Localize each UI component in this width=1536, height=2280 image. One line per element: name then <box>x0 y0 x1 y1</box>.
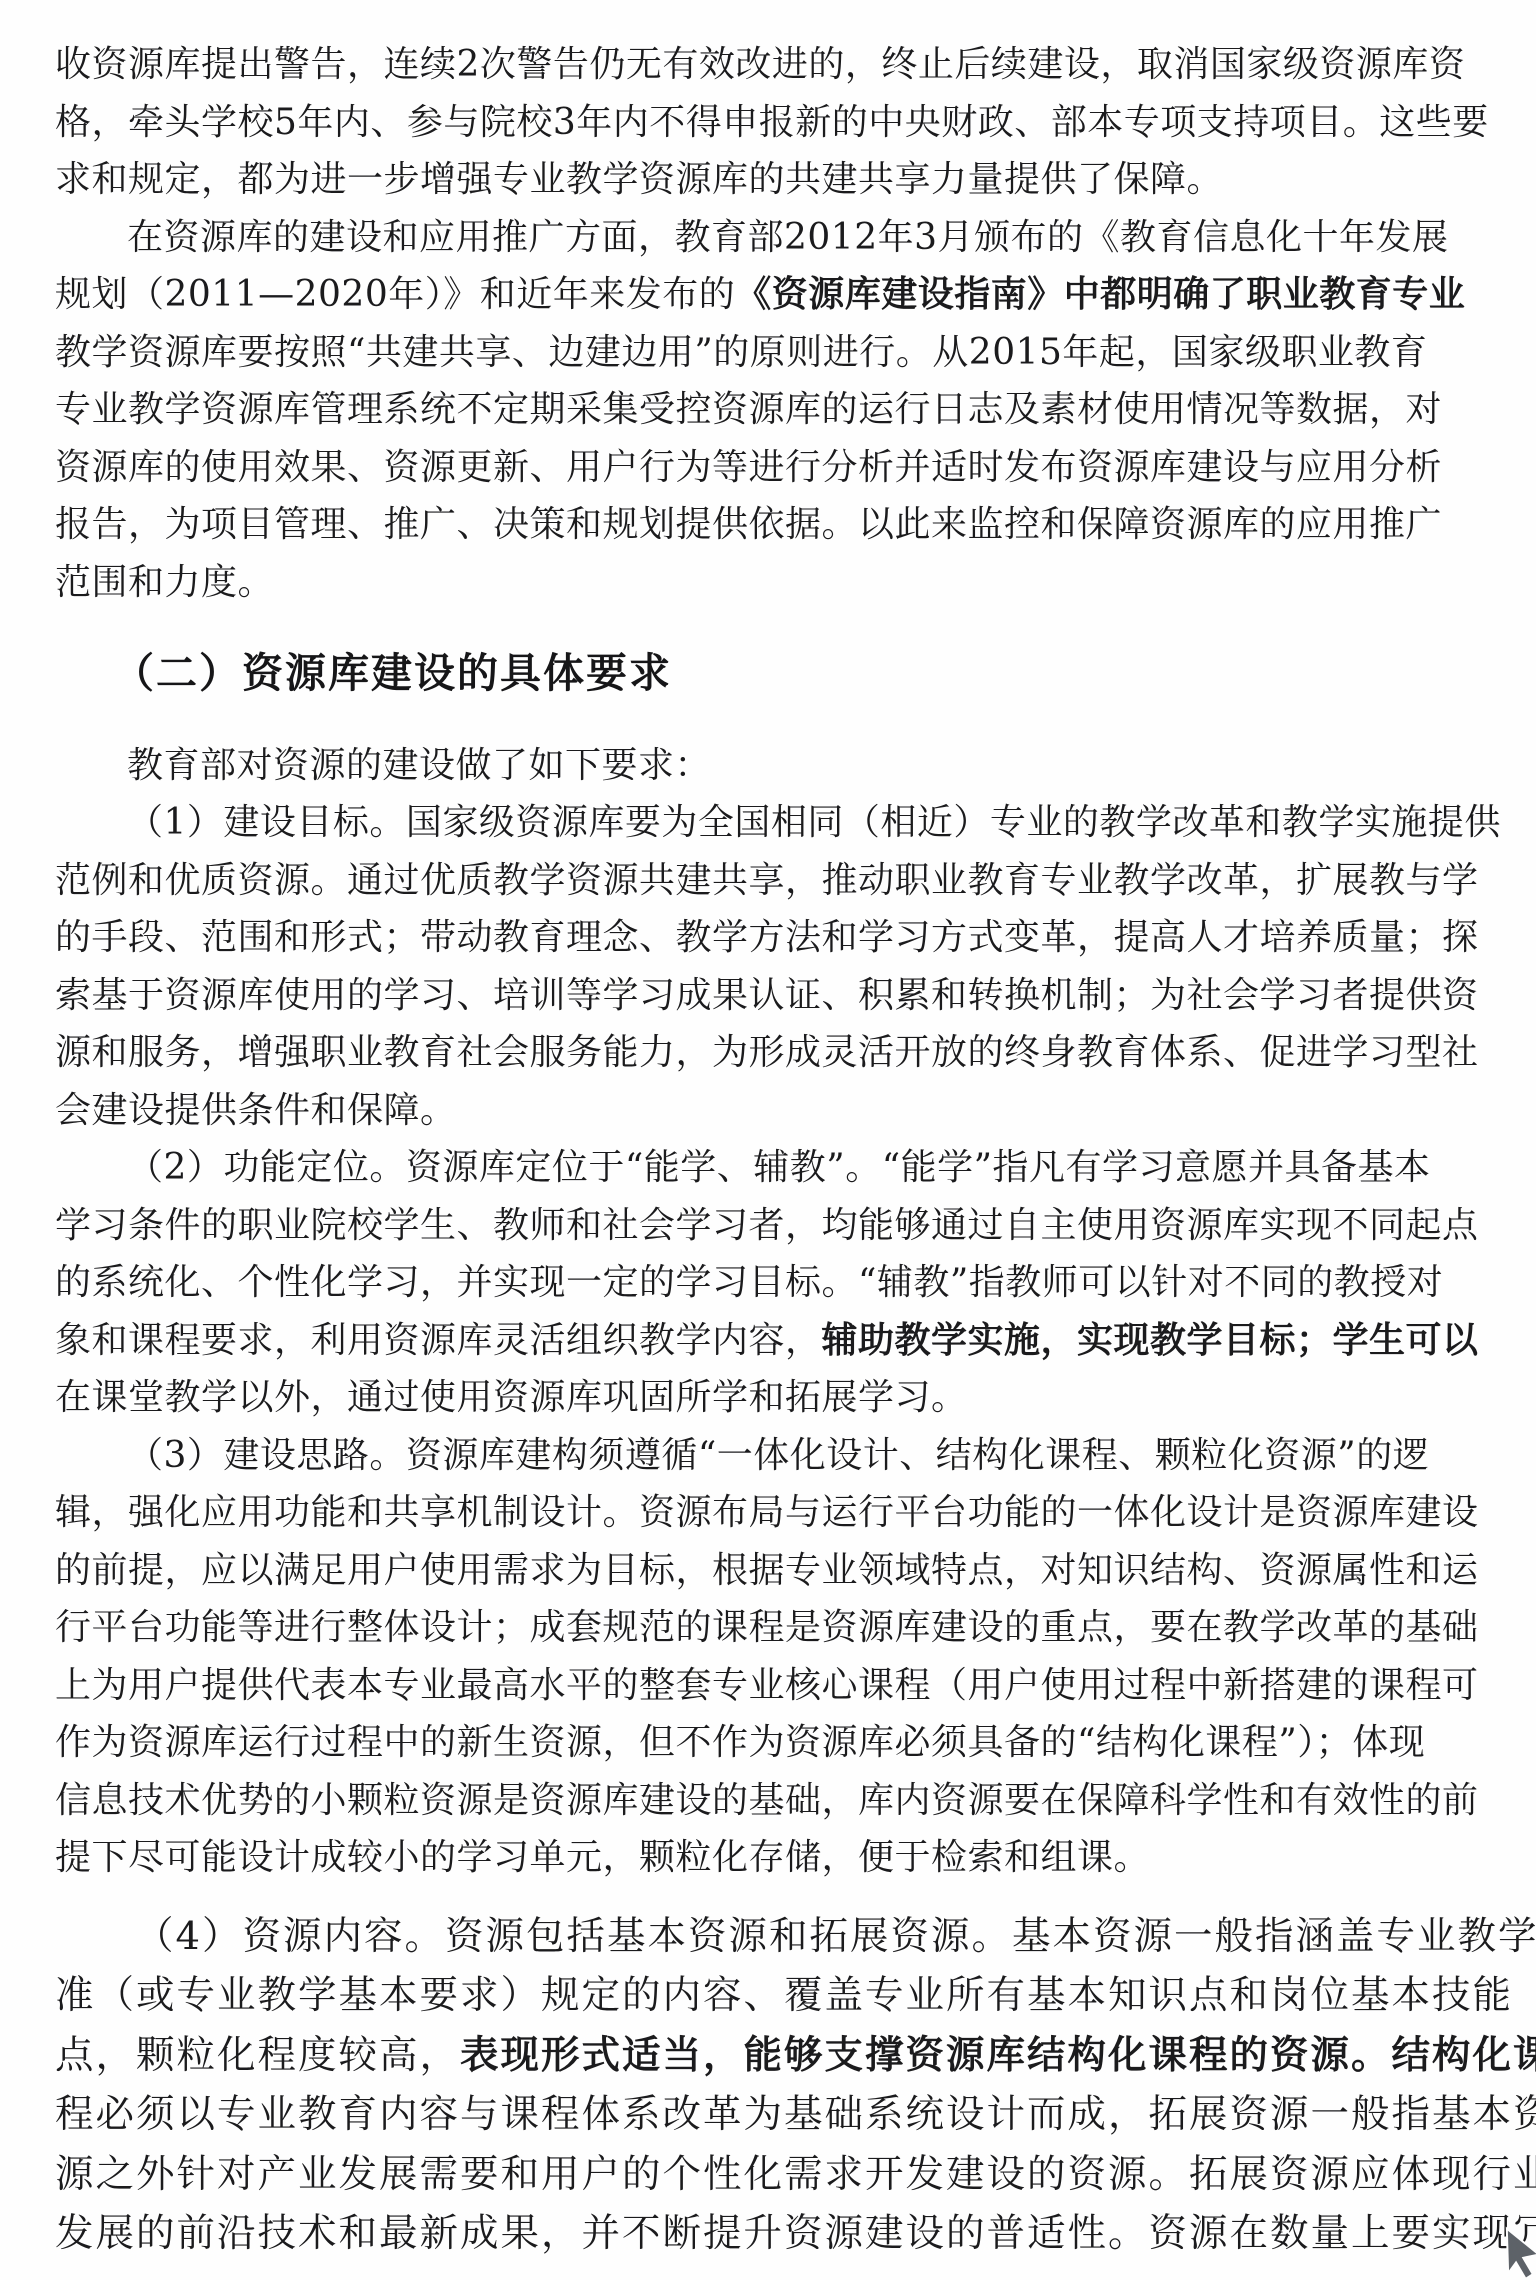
text-segment: 的前提，应以满足用户使用需求为目标，根据专业领域特点，对知识结构、资源属性和运 <box>55 1550 1479 1591</box>
text-line: 行平台功能等进行整体设计；成套规范的课程是资源库建设的重点，要在教学改革的基础 <box>55 1599 1497 1657</box>
text-line: 教学资源库要按照“共建共享、边建边用”的原则进行。从2015年起，国家级职业教育 <box>55 324 1497 382</box>
text-line: 源和服务，增强职业教育社会服务能力，为形成灵活开放的终身教育体系、促进学习型社 <box>55 1024 1497 1082</box>
text-segment: 提下尽可能设计成较小的学习单元，颗粒化存储，便于检索和组课。 <box>55 1837 1150 1878</box>
text-line: 收资源库提出警告，连续2次警告仍无有效改进的，终止后续建设，取消国家级资源库资 <box>55 36 1497 94</box>
text-line: 资源库的使用效果、资源更新、用户行为等进行分析并适时发布资源库建设与应用分析 <box>55 439 1497 497</box>
text-segment: 作为资源库运行过程中的新生资源，但不作为资源库必须具备的“结构化课程”）；体现 <box>55 1722 1425 1763</box>
text-line: 报告，为项目管理、推广、决策和规划提供依据。以此来监控和保障资源库的应用推广 <box>55 496 1497 554</box>
text-segment: 源和服务，增强职业教育社会服务能力，为形成灵活开放的终身教育体系、促进学习型社 <box>55 1032 1479 1073</box>
section-heading: （二）资源库建设的具体要求 <box>55 645 1497 703</box>
text-segment: （3）建设思路。资源库建构须遵循“一体化设计、结构化课程、颗粒化资源”的逻 <box>127 1435 1429 1476</box>
document-content: 收资源库提出警告，连续2次警告仍无有效改进的，终止后续建设，取消国家级资源库资格… <box>55 36 1497 2264</box>
text-segment: 象和课程要求，利用资源库灵活组织教学内容， <box>55 1320 822 1361</box>
text-line: 学习条件的职业院校学生、教师和社会学习者，均能够通过自主使用资源库实现不同起点 <box>55 1197 1497 1255</box>
bold-text-segment: 表现形式适当，能够支撑资源库结构化课程的资源。结构化课 <box>460 2033 1536 2078</box>
text-line: （4）资源内容。资源包括基本资源和拓展资源。基本资源一般指涵盖专业教学标 <box>55 1907 1497 1967</box>
text-segment: 学习条件的职业院校学生、教师和社会学习者，均能够通过自主使用资源库实现不同起点 <box>55 1205 1479 1246</box>
mouse-cursor-icon <box>1498 2224 1536 2280</box>
text-segment: 规划（2011—2020年）》和近年来发布的 <box>55 274 735 315</box>
text-segment: 专业教学资源库管理系统不定期采集受控资源库的运行日志及素材使用情况等数据，对 <box>55 389 1442 430</box>
text-line: 教育部对资源的建设做了如下要求： <box>55 737 1497 795</box>
text-segment: 信息技术优势的小颗粒资源是资源库建设的基础，库内资源要在保障科学性和有效性的前 <box>55 1780 1479 1821</box>
text-line: 在资源库的建设和应用推广方面，教育部2012年3月颁布的《教育信息化十年发展 <box>55 209 1497 267</box>
text-segment: 教育部对资源的建设做了如下要求： <box>127 745 711 786</box>
text-segment: 点，颗粒化程度较高， <box>55 2033 460 2078</box>
continuation-paragraph: 收资源库提出警告，连续2次警告仍无有效改进的，终止后续建设，取消国家级资源库资格… <box>55 36 1497 209</box>
text-line: 发展的前沿技术和最新成果，并不断提升资源建设的普适性。资源在数量上要实现冗 <box>55 2204 1497 2264</box>
text-segment: 报告，为项目管理、推广、决策和规划提供依据。以此来监控和保障资源库的应用推广 <box>55 504 1442 545</box>
bold-text-segment: 辅助教学实施，实现教学目标；学生可以 <box>822 1319 1479 1361</box>
text-line: 的前提，应以满足用户使用需求为目标，根据专业领域特点，对知识结构、资源属性和运 <box>55 1542 1497 1600</box>
text-segment: 在课堂教学以外，通过使用资源库巩固所学和拓展学习。 <box>55 1377 968 1418</box>
text-segment: 辑，强化应用功能和共享机制设计。资源布局与运行平台功能的一体化设计是资源库建设 <box>55 1492 1479 1533</box>
text-line: 规划（2011—2020年）》和近年来发布的《资源库建设指南》中都明确了职业教育… <box>55 266 1497 324</box>
requirements-intro-paragraph: 教育部对资源的建设做了如下要求： <box>55 737 1497 795</box>
text-segment: 范例和优质资源。通过优质教学资源共建共享，推动职业教育专业教学改革，扩展教与学 <box>55 860 1479 901</box>
text-line: （3）建设思路。资源库建构须遵循“一体化设计、结构化课程、颗粒化资源”的逻 <box>55 1427 1497 1485</box>
text-segment: 格，牵头学校5年内、参与院校3年内不得申报新的中央财政、部本专项支持项目。这些要 <box>55 102 1489 143</box>
text-line: 作为资源库运行过程中的新生资源，但不作为资源库必须具备的“结构化课程”）；体现 <box>55 1714 1497 1772</box>
text-segment: 资源库的使用效果、资源更新、用户行为等进行分析并适时发布资源库建设与应用分析 <box>55 447 1442 488</box>
text-line: 求和规定，都为进一步增强专业教学资源库的共建共享力量提供了保障。 <box>55 151 1497 209</box>
text-segment: 范围和力度。 <box>55 562 274 603</box>
text-line: 信息技术优势的小颗粒资源是资源库建设的基础，库内资源要在保障科学性和有效性的前 <box>55 1772 1497 1830</box>
text-line: 点，颗粒化程度较高，表现形式适当，能够支撑资源库结构化课程的资源。结构化课 <box>55 2026 1497 2086</box>
text-line: 会建设提供条件和保障。 <box>55 1082 1497 1140</box>
text-segment: （4）资源内容。资源包括基本资源和拓展资源。基本资源一般指涵盖专业教学标 <box>135 1914 1536 1959</box>
text-segment: 的手段、范围和形式；带动教育理念、教学方法和学习方式变革，提高人才培养质量；探 <box>55 917 1479 958</box>
text-segment: 源之外针对产业发展需要和用户的个性化需求开发建设的资源。拓展资源应体现行业 <box>55 2152 1536 2197</box>
item-1-goals-paragraph: （1）建设目标。国家级资源库要为全国相同（相近）专业的教学改革和教学实施提供范例… <box>55 794 1497 1139</box>
text-segment: （2）功能定位。资源库定位于“能学、辅教”。“能学”指凡有学习意愿并具备基本 <box>127 1147 1431 1188</box>
text-segment: 收资源库提出警告，连续2次警告仍无有效改进的，终止后续建设，取消国家级资源库资 <box>55 44 1465 85</box>
text-segment: 索基于资源库使用的学习、培训等学习成果认证、积累和转换机制；为社会学习者提供资 <box>55 975 1479 1016</box>
promotion-policy-paragraph: 在资源库的建设和应用推广方面，教育部2012年3月颁布的《教育信息化十年发展规划… <box>55 209 1497 612</box>
text-line: 范例和优质资源。通过优质教学资源共建共享，推动职业教育专业教学改革，扩展教与学 <box>55 852 1497 910</box>
text-line: 象和课程要求，利用资源库灵活组织教学内容，辅助教学实施，实现教学目标；学生可以 <box>55 1312 1497 1370</box>
text-line: 的系统化、个性化学习，并实现一定的学习目标。“辅教”指教师可以针对不同的教授对 <box>55 1254 1497 1312</box>
item-3-approach-paragraph: （3）建设思路。资源库建构须遵循“一体化设计、结构化课程、颗粒化资源”的逻辑，强… <box>55 1427 1497 1887</box>
text-segment: 上为用户提供代表本专业最高水平的整套专业核心课程（用户使用过程中新搭建的课程可 <box>55 1665 1479 1706</box>
text-segment: （1）建设目标。国家级资源库要为全国相同（相近）专业的教学改革和教学实施提供 <box>127 802 1501 843</box>
text-segment: 的系统化、个性化学习，并实现一定的学习目标。“辅教”指教师可以针对不同的教授对 <box>55 1262 1443 1303</box>
item-2-function-paragraph: （2）功能定位。资源库定位于“能学、辅教”。“能学”指凡有学习意愿并具备基本学习… <box>55 1139 1497 1427</box>
text-line: 索基于资源库使用的学习、培训等学习成果认证、积累和转换机制；为社会学习者提供资 <box>55 967 1497 1025</box>
text-line: 范围和力度。 <box>55 554 1497 612</box>
item-4-content-paragraph: （4）资源内容。资源包括基本资源和拓展资源。基本资源一般指涵盖专业教学标准（或专… <box>55 1907 1497 2264</box>
text-line: 程必须以专业教育内容与课程体系改革为基础系统设计而成，拓展资源一般指基本资 <box>55 2085 1497 2145</box>
text-line: 的手段、范围和形式；带动教育理念、教学方法和学习方式变革，提高人才培养质量；探 <box>55 909 1497 967</box>
text-segment: 在资源库的建设和应用推广方面，教育部2012年3月颁布的《教育信息化十年发展 <box>127 217 1449 258</box>
text-line: 上为用户提供代表本专业最高水平的整套专业核心课程（用户使用过程中新搭建的课程可 <box>55 1657 1497 1715</box>
text-segment: 程必须以专业教育内容与课程体系改革为基础系统设计而成，拓展资源一般指基本资 <box>55 2092 1536 2137</box>
text-line: 准（或专业教学基本要求）规定的内容、覆盖专业所有基本知识点和岗位基本技能 <box>55 1966 1497 2026</box>
text-line: 在课堂教学以外，通过使用资源库巩固所学和拓展学习。 <box>55 1369 1497 1427</box>
text-line: 提下尽可能设计成较小的学习单元，颗粒化存储，便于检索和组课。 <box>55 1829 1497 1887</box>
text-line: 辑，强化应用功能和共享机制设计。资源布局与运行平台功能的一体化设计是资源库建设 <box>55 1484 1497 1542</box>
text-line: （1）建设目标。国家级资源库要为全国相同（相近）专业的教学改革和教学实施提供 <box>55 794 1497 852</box>
text-segment: 教学资源库要按照“共建共享、边建边用”的原则进行。从2015年起，国家级职业教育 <box>55 332 1427 373</box>
text-segment: 会建设提供条件和保障。 <box>55 1090 457 1131</box>
text-segment: 准（或专业教学基本要求）规定的内容、覆盖专业所有基本知识点和岗位基本技能 <box>55 1973 1513 2018</box>
text-segment: 行平台功能等进行整体设计；成套规范的课程是资源库建设的重点，要在教学改革的基础 <box>55 1607 1479 1648</box>
text-line: 源之外针对产业发展需要和用户的个性化需求开发建设的资源。拓展资源应体现行业 <box>55 2145 1497 2205</box>
bold-text-segment: 《资源库建设指南》中都明确了职业教育专业 <box>735 273 1465 315</box>
text-segment: 求和规定，都为进一步增强专业教学资源库的共建共享力量提供了保障。 <box>55 159 1223 200</box>
text-line: （2）功能定位。资源库定位于“能学、辅教”。“能学”指凡有学习意愿并具备基本 <box>55 1139 1497 1197</box>
document-page: 收资源库提出警告，连续2次警告仍无有效改进的，终止后续建设，取消国家级资源库资格… <box>0 0 1536 2280</box>
text-line: 专业教学资源库管理系统不定期采集受控资源库的运行日志及素材使用情况等数据，对 <box>55 381 1497 439</box>
text-segment: 发展的前沿技术和最新成果，并不断提升资源建设的普适性。资源在数量上要实现冗 <box>55 2211 1536 2256</box>
text-line: 格，牵头学校5年内、参与院校3年内不得申报新的中央财政、部本专项支持项目。这些要 <box>55 94 1497 152</box>
